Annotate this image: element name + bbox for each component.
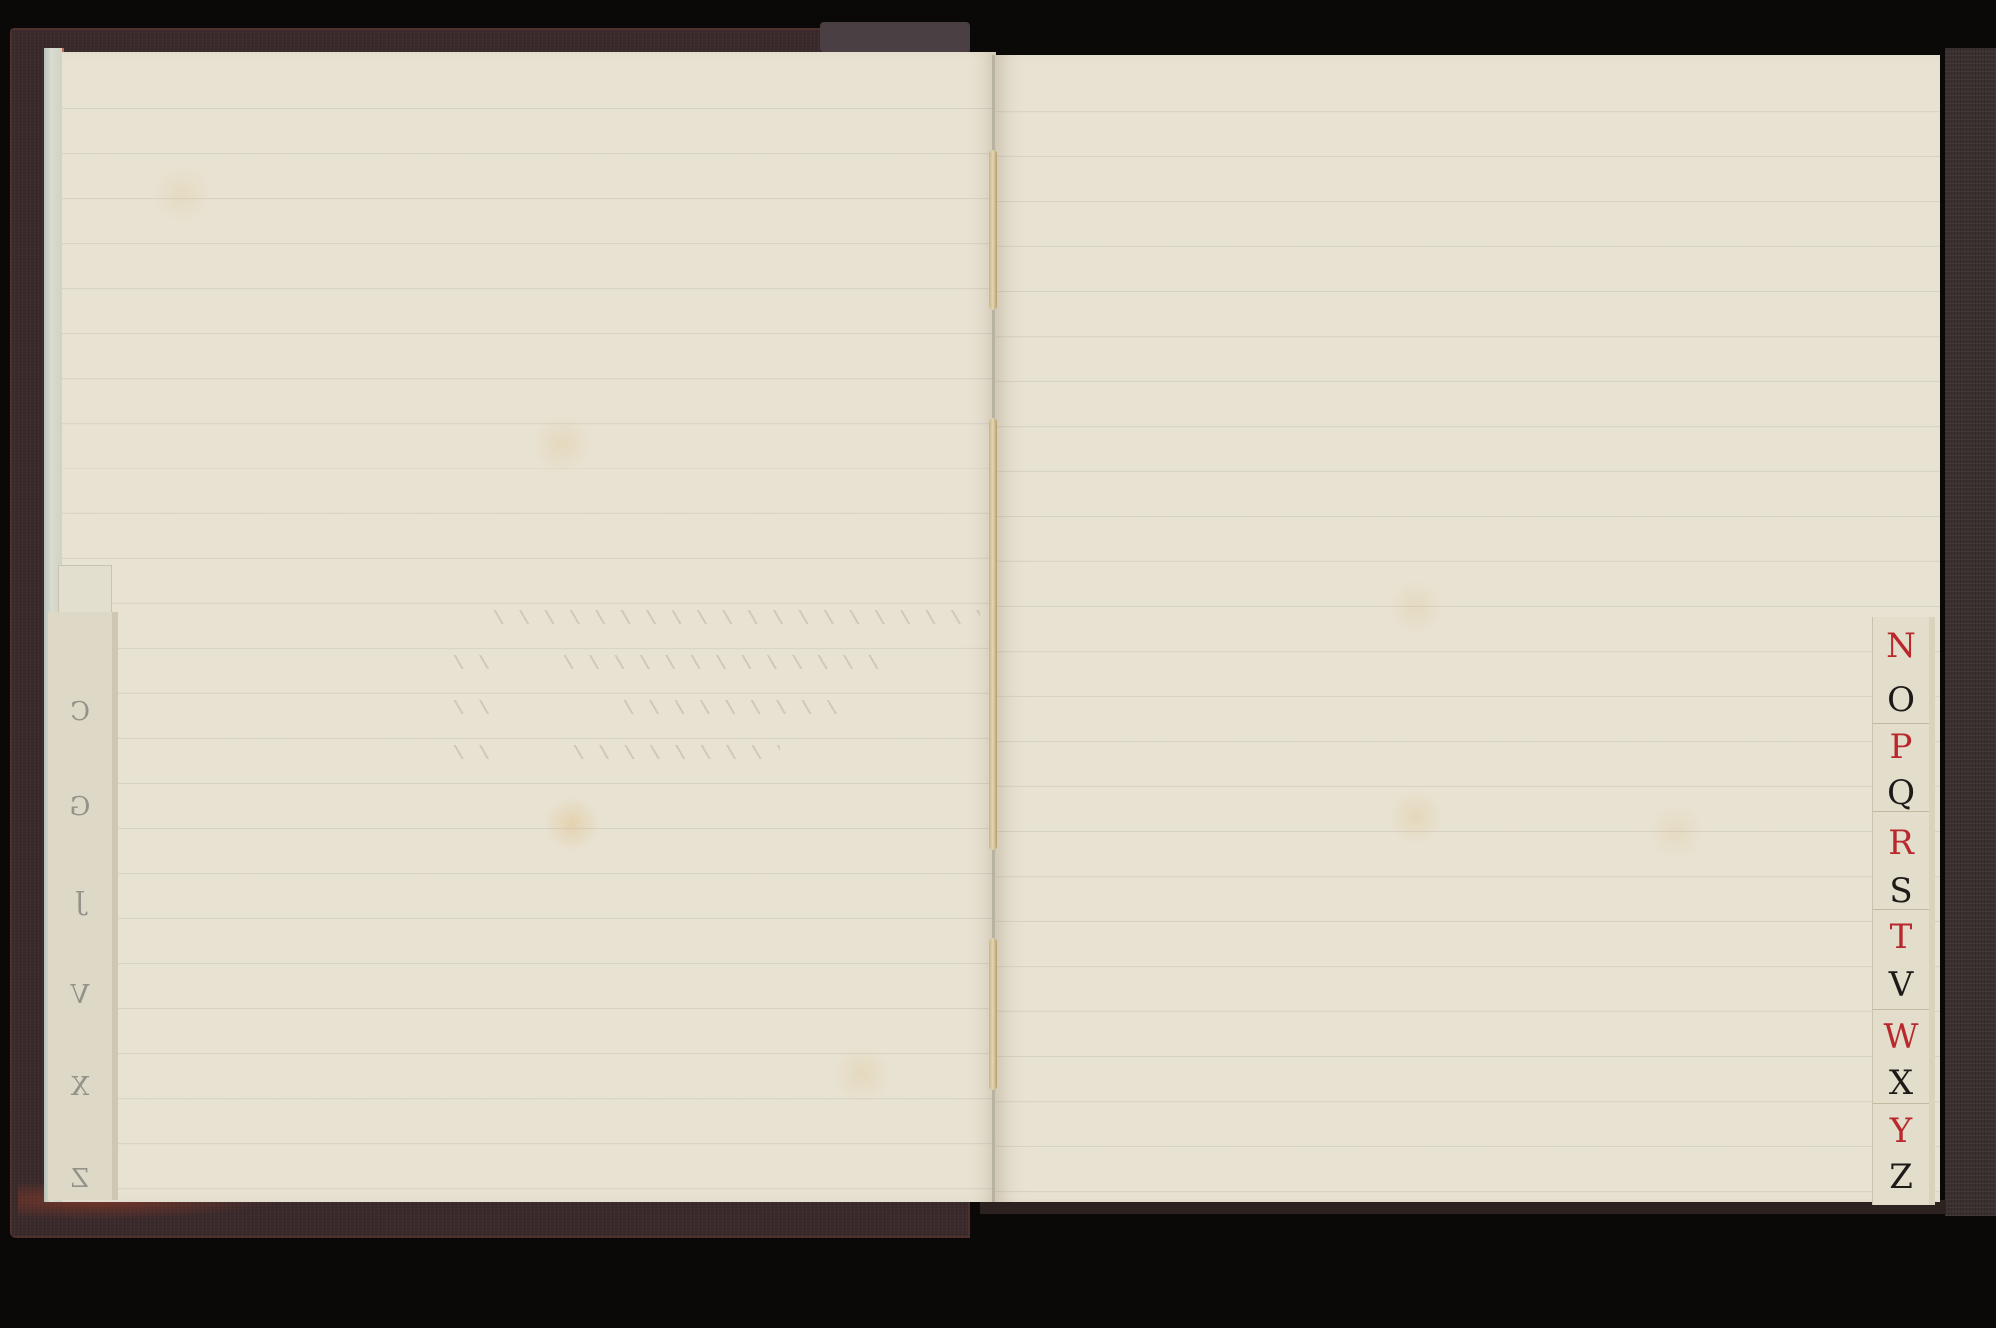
book-cover-bottom-edge	[980, 1200, 1946, 1214]
index-tab-p-q[interactable]: P Q	[1873, 723, 1929, 812]
index-letter: S	[1873, 874, 1929, 908]
bleed-through-handwriting	[370, 600, 985, 770]
right-index-strip: N O P Q R S T V W X Y Z	[1872, 617, 1935, 1205]
binding-thread	[989, 150, 997, 310]
index-tab-t-v[interactable]: T V	[1873, 909, 1929, 1010]
book-cover-right	[1945, 48, 1996, 1216]
index-letter: O	[1873, 683, 1929, 717]
mirrored-index-letter: Z	[48, 1164, 112, 1194]
mirrored-index-letter: X	[48, 1072, 112, 1102]
index-letter: W	[1873, 1020, 1929, 1054]
binding-thread	[989, 418, 997, 850]
left-index-strip: C G J V X Z	[48, 612, 118, 1200]
index-letter: N	[1873, 629, 1929, 663]
index-letter: Z	[1873, 1160, 1929, 1194]
binding-thread	[989, 938, 997, 1090]
left-index-tab-edge	[58, 565, 112, 617]
cover-wear-patch	[820, 22, 970, 52]
index-letter: T	[1873, 920, 1929, 954]
index-tab-n-o[interactable]: N O	[1873, 617, 1929, 723]
index-tab-r-s[interactable]: R S	[1873, 811, 1929, 910]
index-letter: P	[1873, 730, 1929, 764]
index-tab-y-z[interactable]: Y Z	[1873, 1103, 1929, 1206]
index-letter: X	[1873, 1066, 1929, 1100]
mirrored-index-letter: G	[48, 792, 112, 822]
index-letter: V	[1873, 968, 1929, 1002]
mirrored-index-letter: C	[48, 697, 112, 727]
index-letter: Y	[1873, 1114, 1929, 1148]
index-tab-w-x[interactable]: W X	[1873, 1009, 1929, 1104]
mirrored-index-letter: J	[48, 887, 112, 917]
index-letter: Q	[1873, 776, 1929, 810]
mirrored-index-letter: V	[48, 980, 112, 1010]
right-page	[996, 55, 1940, 1202]
index-letter: R	[1873, 826, 1929, 860]
